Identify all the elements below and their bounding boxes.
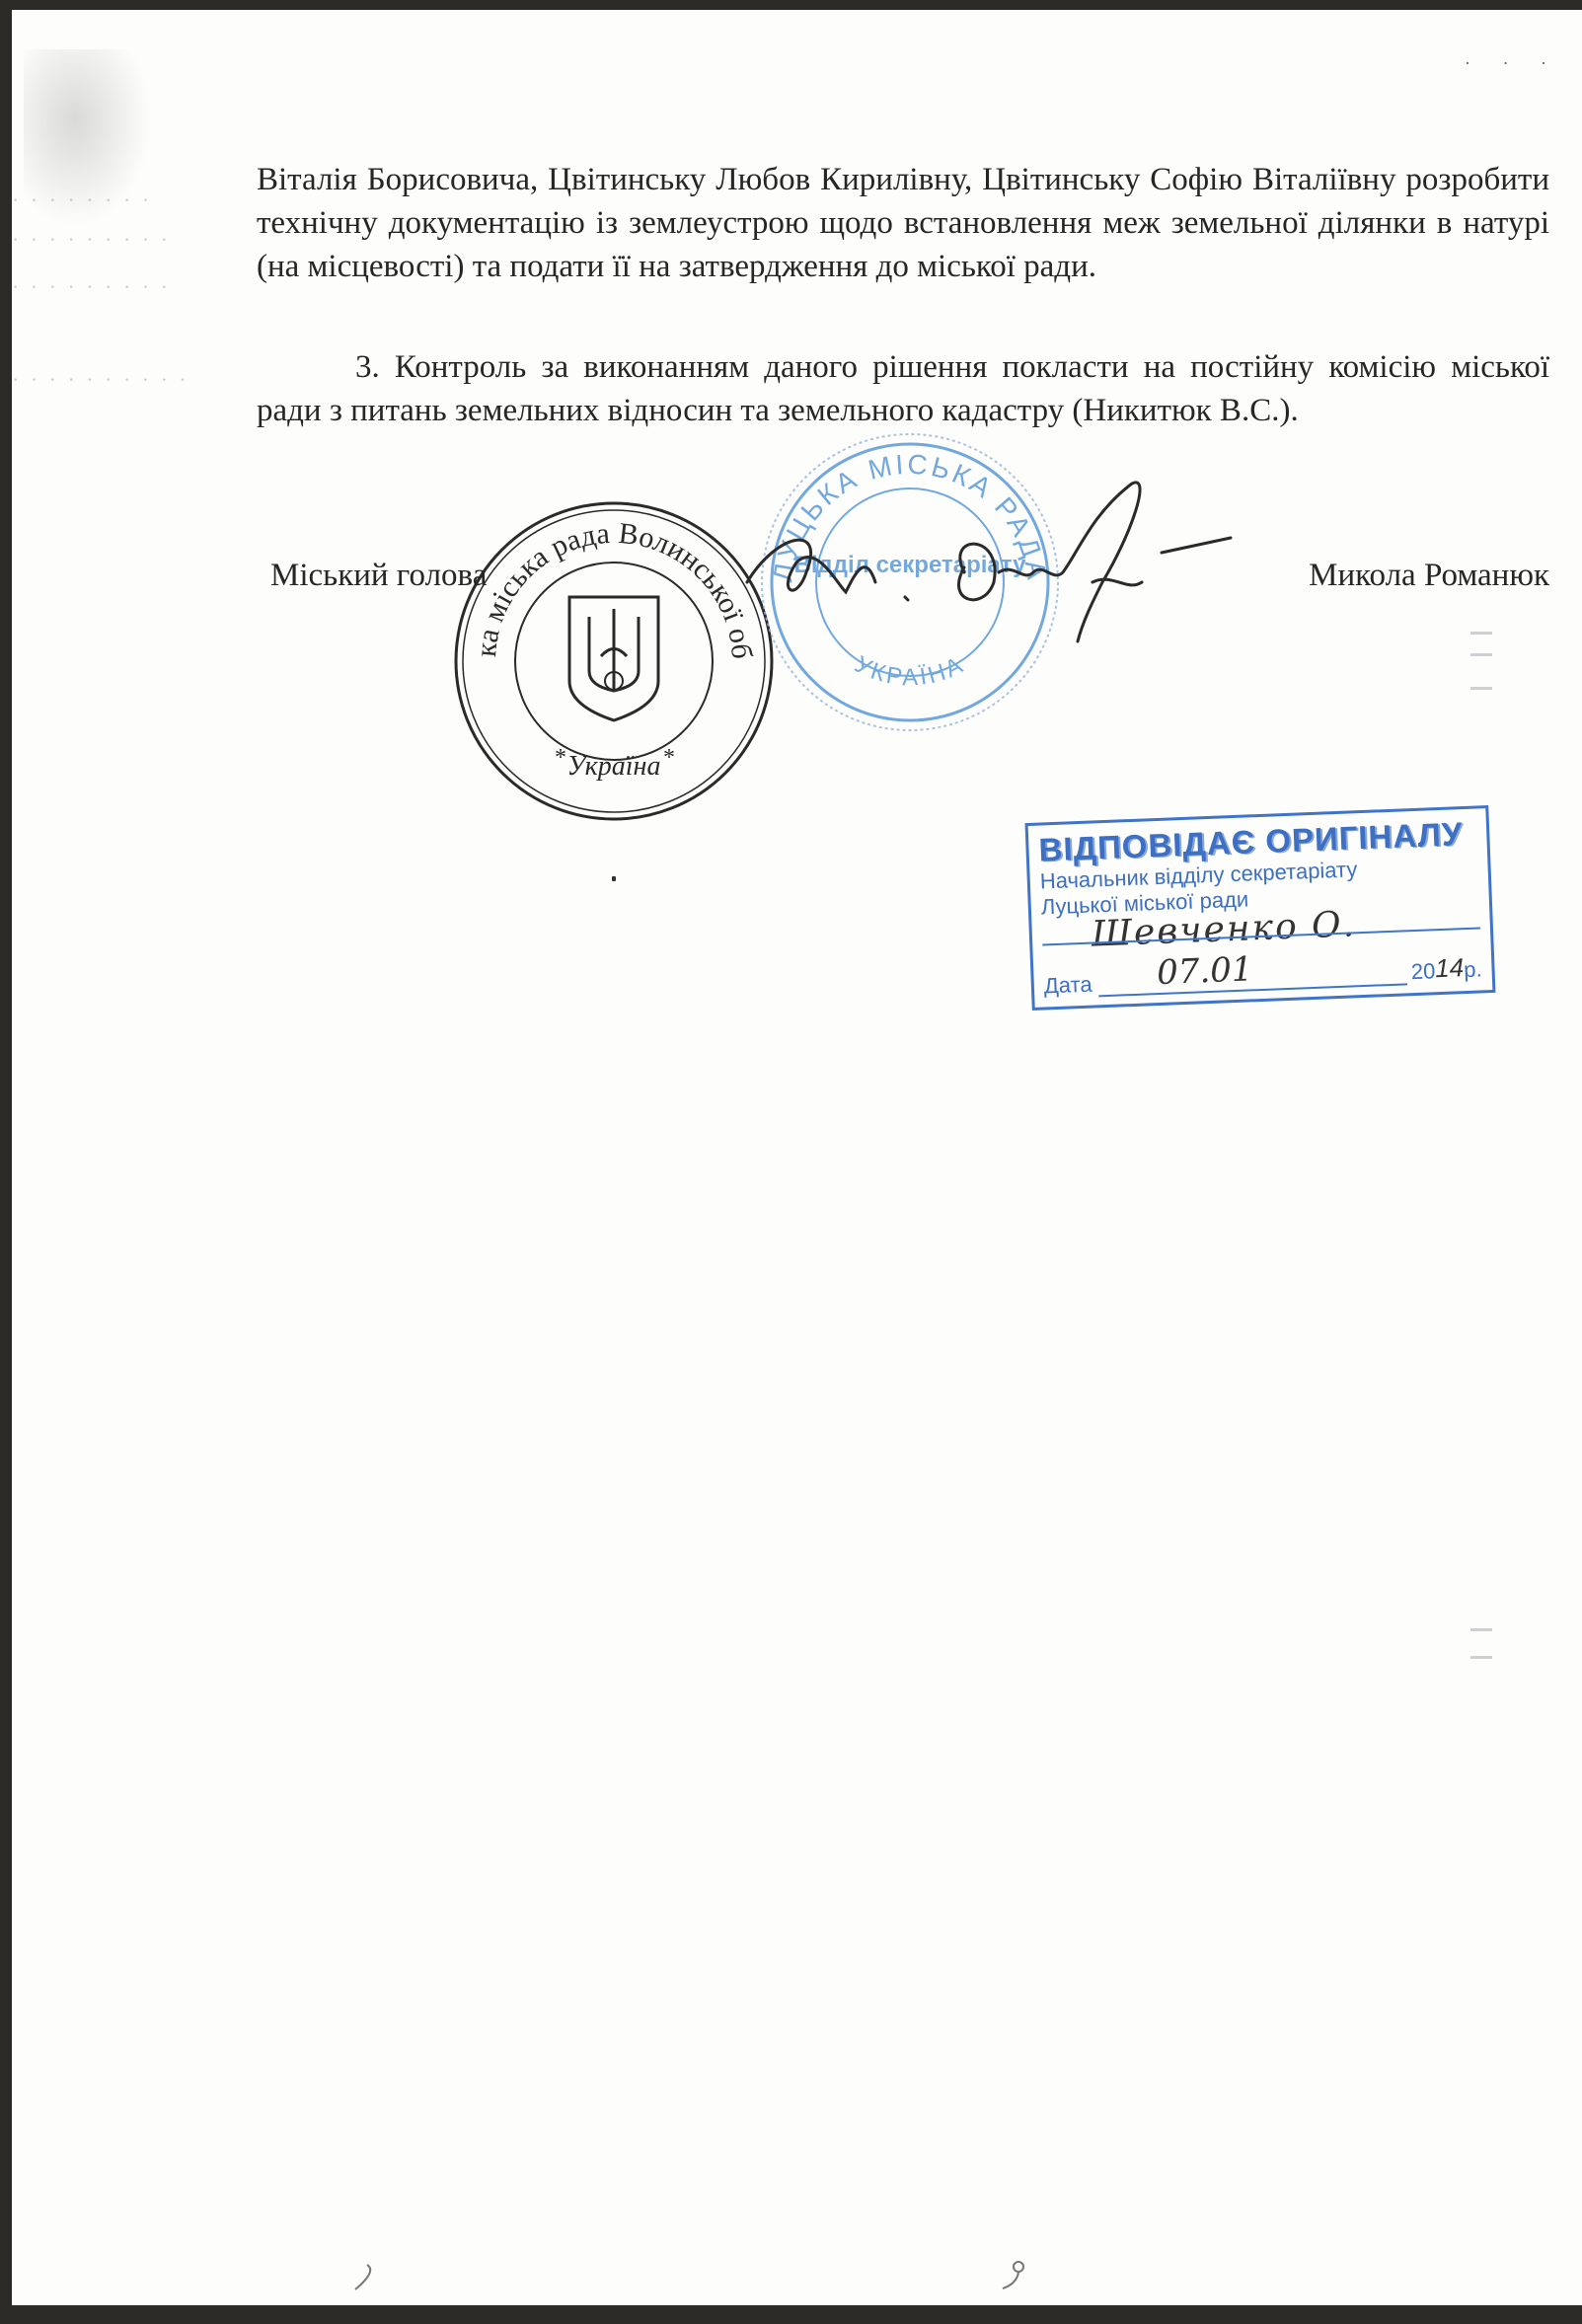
edge-mark bbox=[1470, 632, 1492, 635]
stamp-year-prefix: 20 bbox=[1410, 958, 1435, 985]
bleed-through-text: · · · · · · · · · bbox=[12, 274, 171, 300]
edge-mark bbox=[1470, 1656, 1492, 1659]
seal-ring-text: Луцька міська рада Волинської області bbox=[446, 493, 758, 660]
scan-artifact bbox=[999, 2255, 1038, 2294]
ink-dot bbox=[612, 876, 616, 881]
bleed-through-text: · · · · · · · · bbox=[12, 187, 152, 213]
edge-mark bbox=[1470, 1628, 1492, 1631]
stamp-date-row: Дата 07.01 2014р. bbox=[1043, 951, 1482, 999]
paragraph-3-number: 3. bbox=[355, 349, 380, 385]
edge-mark bbox=[1470, 687, 1492, 690]
scan-artifact bbox=[347, 2260, 387, 2299]
official-seal: Луцька міська рада Волинської області Ук… bbox=[446, 493, 782, 829]
stamp-date-label: Дата bbox=[1043, 972, 1092, 1000]
scanned-page: · · · · · · · · · · · · · · · · · · · · … bbox=[12, 10, 1582, 2305]
stamp-year-handwritten: 14 bbox=[1435, 952, 1465, 984]
paragraph-3-text: Контроль за виконанням даного рішення по… bbox=[257, 349, 1549, 428]
svg-text:УКРАЇНА: УКРАЇНА bbox=[851, 651, 970, 692]
signatory-name: Микола Романюк bbox=[1309, 558, 1549, 594]
svg-text:*: * bbox=[555, 745, 566, 771]
trident-icon bbox=[569, 597, 658, 720]
bleed-through-text: · · · · · · · · · bbox=[12, 227, 171, 253]
signatory-title: Міський голова bbox=[270, 558, 487, 594]
stamp-year-suffix: р. bbox=[1464, 956, 1482, 983]
mayor-signature bbox=[737, 474, 1250, 651]
bleed-through-text: · · · · · · · · · · bbox=[12, 367, 189, 393]
edge-mark bbox=[1470, 653, 1492, 656]
paragraph-3: 3. Контроль за виконанням даного рішення… bbox=[257, 345, 1549, 432]
stamp-date-field: 07.01 bbox=[1097, 957, 1407, 997]
corner-marks: · · · bbox=[1465, 53, 1560, 74]
paragraph-continuation: Віталія Борисовича, Цвітинську Любов Кир… bbox=[257, 158, 1549, 288]
certification-stamp: ВІДПОВІДАЄ ОРИГІНАЛУ Начальник відділу с… bbox=[1025, 805, 1496, 1011]
svg-text:Україна: Україна bbox=[567, 751, 661, 782]
stamp-date-handwritten: 07.01 bbox=[1156, 949, 1253, 993]
svg-text:*: * bbox=[663, 745, 675, 771]
